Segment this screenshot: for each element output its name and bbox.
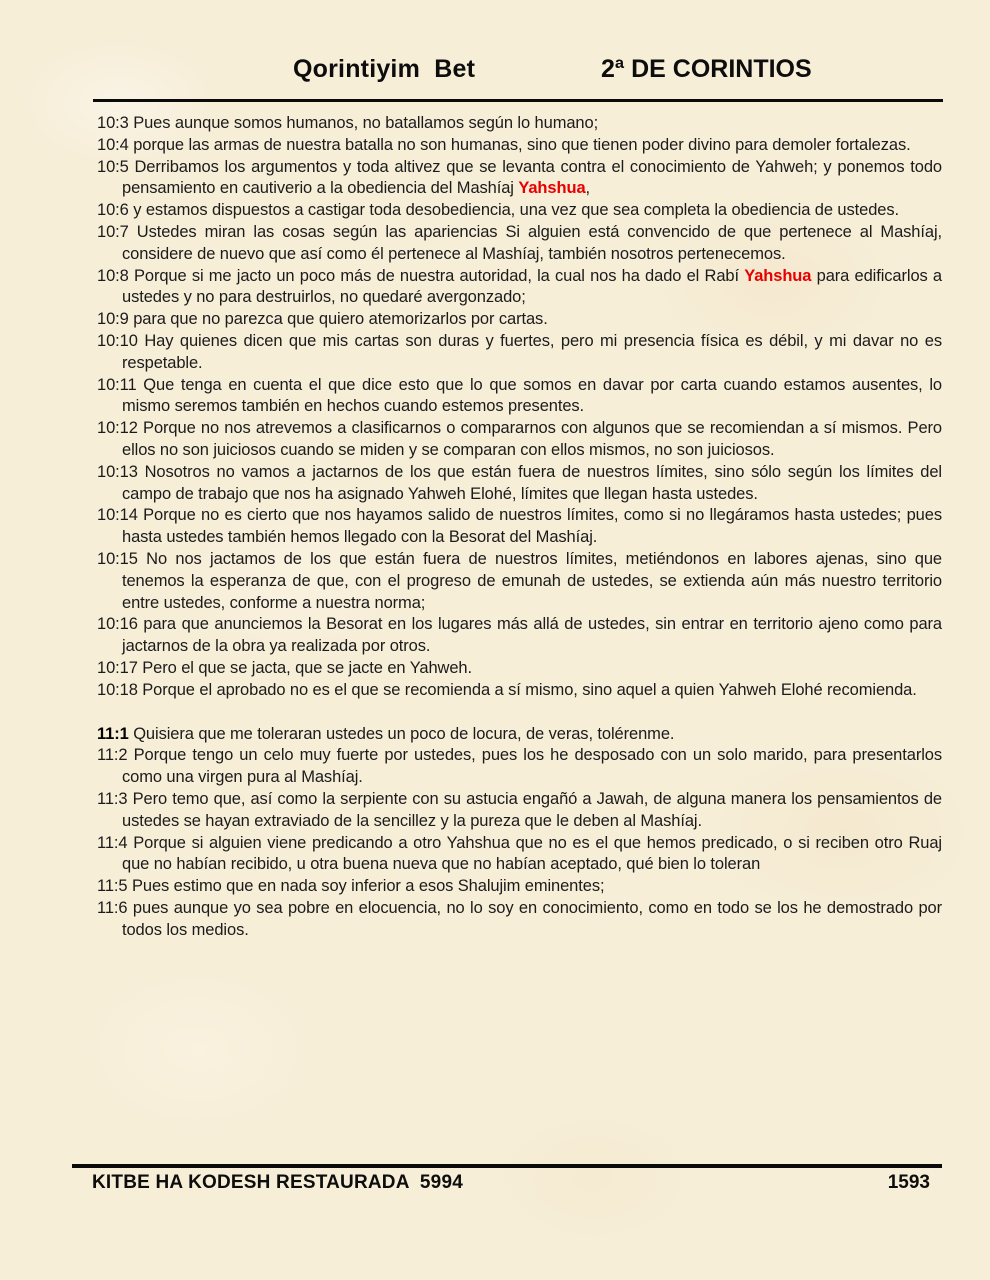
sacred-name-highlight: Yahshua: [518, 179, 585, 197]
verse-text: Porque si me jacto un poco más de nuestr…: [134, 267, 744, 285]
verse-number: 10:15: [97, 550, 146, 568]
verse-number: 11:1: [97, 725, 133, 743]
verse-11-4: 11:4 Porque si alguien viene predicando …: [97, 833, 942, 877]
verse-number: 10:6: [97, 201, 133, 219]
verse-text: porque las armas de nuestra batalla no s…: [133, 136, 910, 154]
verse-10-16: 10:16 para que anunciemos la Besorat en …: [97, 614, 942, 658]
verse-10-3: 10:3 Pues aunque somos humanos, no batal…: [97, 113, 942, 135]
verse-text: Pero el que se jacta, que se jacte en Ya…: [142, 659, 472, 677]
verse-text: Pero temo que, así como la serpiente con…: [122, 790, 942, 830]
verse-text: Pues aunque somos humanos, no batallamos…: [133, 114, 598, 132]
verse-10-10: 10:10 Hay quienes dicen que mis cartas s…: [97, 331, 942, 375]
verse-text: pues aunque yo sea pobre en elocuencia, …: [122, 899, 942, 939]
verse-text: Ustedes miran las cosas según las aparie…: [122, 223, 942, 263]
verse-10-11: 10:11 Que tenga en cuenta el que dice es…: [97, 375, 942, 419]
verse-11-1: 11:1 Quisiera que me toleraran ustedes u…: [97, 724, 942, 746]
verse-10-9: 10:9 para que no parezca que quiero atem…: [97, 309, 942, 331]
book-title-spanish: 2ª DE CORINTIOS: [601, 55, 812, 84]
verse-number: 11:5: [97, 877, 132, 895]
verse-number: 10:12: [97, 419, 143, 437]
book-title-hebrew: Qorintiyim Bet: [293, 55, 475, 84]
verse-10-6: 10:6 y estamos dispuestos a castigar tod…: [97, 200, 942, 222]
verse-10-4: 10:4 porque las armas de nuestra batalla…: [97, 135, 942, 157]
verse-11-3: 11:3 Pero temo que, así como la serpient…: [97, 789, 942, 833]
verse-10-14: 10:14 Porque no es cierto que nos hayamo…: [97, 505, 942, 549]
verse-10-13: 10:13 Nosotros no vamos a jactarnos de l…: [97, 462, 942, 506]
verse-text: Porque el aprobado no es el que se recom…: [142, 681, 916, 699]
verse-number: 10:13: [97, 463, 145, 481]
verse-text: No nos jactamos de los que están fuera d…: [122, 550, 942, 612]
verse-number: 10:3: [97, 114, 133, 132]
verse-number: 10:5: [97, 158, 134, 176]
verse-text: para que no parezca que quiero atemoriza…: [133, 310, 547, 328]
verse-10-7: 10:7 Ustedes miran las cosas según las a…: [97, 222, 942, 266]
verse-text: Porque si alguien viene predicando a otr…: [122, 834, 942, 874]
verse-number: 11:2: [97, 746, 134, 764]
verse-number: 10:10: [97, 332, 144, 350]
verse-text: Pues estimo que en nada soy inferior a e…: [132, 877, 604, 895]
verse-text: Nosotros no vamos a jactarnos de los que…: [122, 463, 942, 503]
verse-number: 10:9: [97, 310, 133, 328]
verse-text: Porque no es cierto que nos hayamos sali…: [122, 506, 942, 546]
verse-number: 11:4: [97, 834, 133, 852]
verse-text: y estamos dispuestos a castigar toda des…: [133, 201, 899, 219]
verse-text: ,: [586, 179, 590, 197]
page-header: Qorintiyim Bet 2ª DE CORINTIOS: [93, 55, 943, 91]
verse-number: 10:7: [97, 223, 137, 241]
verse-number: 10:4: [97, 136, 133, 154]
verse-11-2: 11:2 Porque tengo un celo muy fuerte por…: [97, 745, 942, 789]
header-divider-rule: [93, 99, 943, 102]
verse-text: Porque no nos atrevemos a clasificarnos …: [122, 419, 942, 459]
verse-10-12: 10:12 Porque no nos atrevemos a clasific…: [97, 418, 942, 462]
verse-10-15: 10:15 No nos jactamos de los que están f…: [97, 549, 942, 614]
verse-text: Porque tengo un celo muy fuerte por uste…: [122, 746, 942, 786]
page-number: 1593: [888, 1172, 930, 1194]
edition-title: KITBE HA KODESH RESTAURADA 5994: [92, 1172, 463, 1194]
verse-text: Que tenga en cuenta el que dice esto que…: [122, 376, 942, 416]
sacred-name-highlight: Yahshua: [744, 267, 811, 285]
verse-number: 10:11: [97, 376, 143, 394]
verse-10-5: 10:5 Derribamos los argumentos y toda al…: [97, 157, 942, 201]
verse-number: 11:6: [97, 899, 133, 917]
verse-11-5: 11:5 Pues estimo que en nada soy inferio…: [97, 876, 942, 898]
verse-text: Quisiera que me toleraran ustedes un poc…: [133, 725, 674, 743]
verse-number: 10:17: [97, 659, 142, 677]
verse-number: 10:18: [97, 681, 142, 699]
verse-11-6: 11:6 pues aunque yo sea pobre en elocuen…: [97, 898, 942, 942]
verse-number: 11:3: [97, 790, 133, 808]
verse-10-8: 10:8 Porque si me jacto un poco más de n…: [97, 266, 942, 310]
verse-number: 10:16: [97, 615, 143, 633]
verse-10-17: 10:17 Pero el que se jacta, que se jacte…: [97, 658, 942, 680]
page-footer: KITBE HA KODESH RESTAURADA 5994 1593: [72, 1172, 942, 1194]
verse-text: Hay quienes dicen que mis cartas son dur…: [122, 332, 942, 372]
verse-number: 10:8: [97, 267, 134, 285]
verse-text: para que anunciemos la Besorat en los lu…: [122, 615, 942, 655]
verse-number: 10:14: [97, 506, 143, 524]
verse-10-18: 10:18 Porque el aprobado no es el que se…: [97, 680, 942, 702]
footer-divider-rule: [72, 1164, 942, 1168]
verses: 10:3 Pues aunque somos humanos, no batal…: [97, 113, 942, 941]
